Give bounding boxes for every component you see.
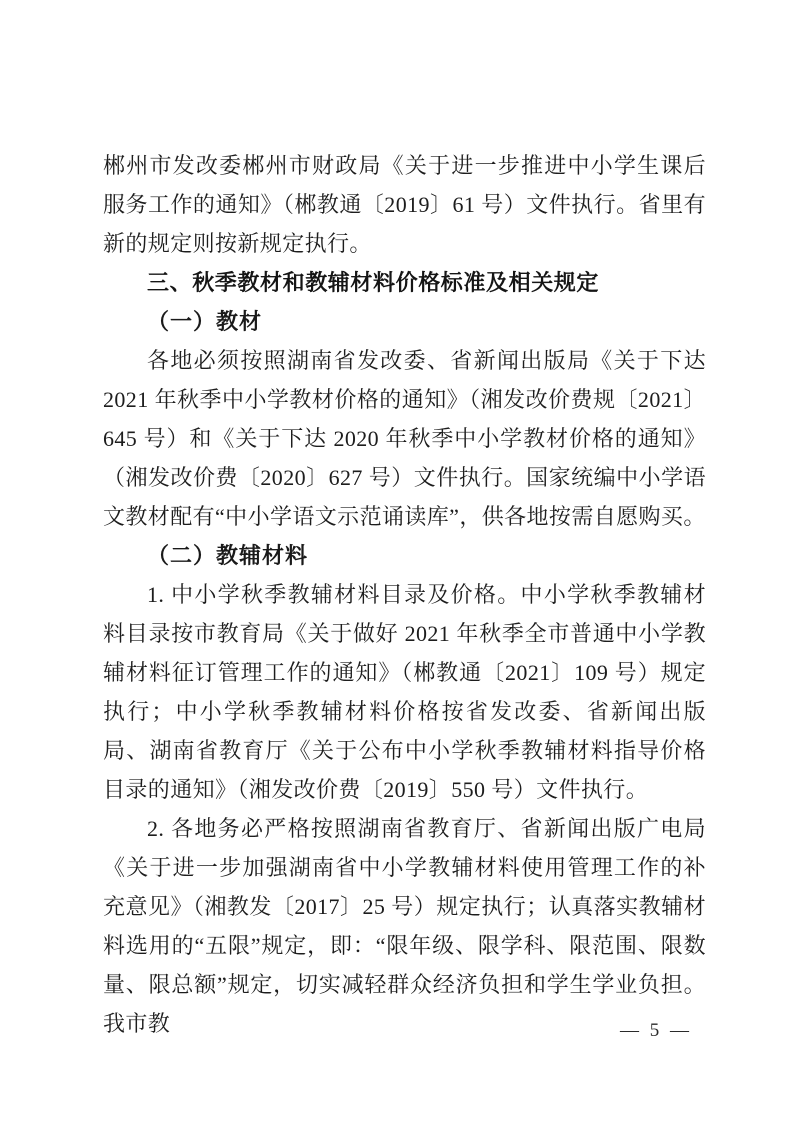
paragraph-supplementary-usage-management: 2. 各地务必严格按照湖南省教育厅、省新闻出版广电局《关于进一步加强湖南省中小学… [103,809,706,1043]
subsection-heading-1-textbooks: （一）教材 [103,302,706,341]
page-number: — 5 — [620,1017,692,1045]
paragraph-continued-from-previous-page: 郴州市发改委郴州市财政局《关于进一步推进中小学生课后服务工作的通知》（郴教通〔2… [103,146,706,263]
document-page: 郴州市发改委郴州市财政局《关于进一步推进中小学生课后服务工作的通知》（郴教通〔2… [0,0,793,1122]
section-heading-3: 三、秋季教材和教辅材料价格标准及相关规定 [103,263,706,302]
paragraph-supplementary-catalog-and-price: 1. 中小学秋季教辅材料目录及价格。中小学秋季教辅材料目录按市教育局《关于做好 … [103,575,706,809]
document-content: 郴州市发改委郴州市财政局《关于进一步推进中小学生课后服务工作的通知》（郴教通〔2… [103,146,706,1043]
paragraph-textbook-pricing: 各地必须按照湖南省发改委、省新闻出版局《关于下达 2021 年秋季中小学教材价格… [103,341,706,536]
subsection-heading-2-supplementary-materials: （二）教辅材料 [103,536,706,575]
